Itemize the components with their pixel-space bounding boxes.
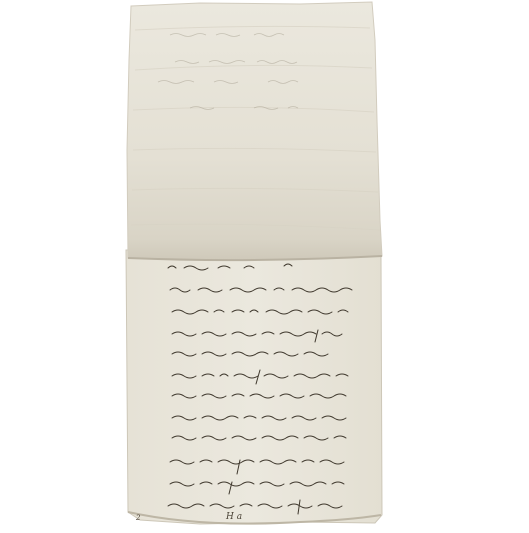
lower-page-sheet — [126, 250, 382, 524]
margin-number: 2 — [136, 514, 140, 522]
folio-annotation: H a — [226, 512, 242, 522]
upper-fold-flap — [127, 2, 382, 260]
manuscript-page: H a 2 — [0, 0, 529, 533]
manuscript-drawing — [0, 0, 529, 533]
